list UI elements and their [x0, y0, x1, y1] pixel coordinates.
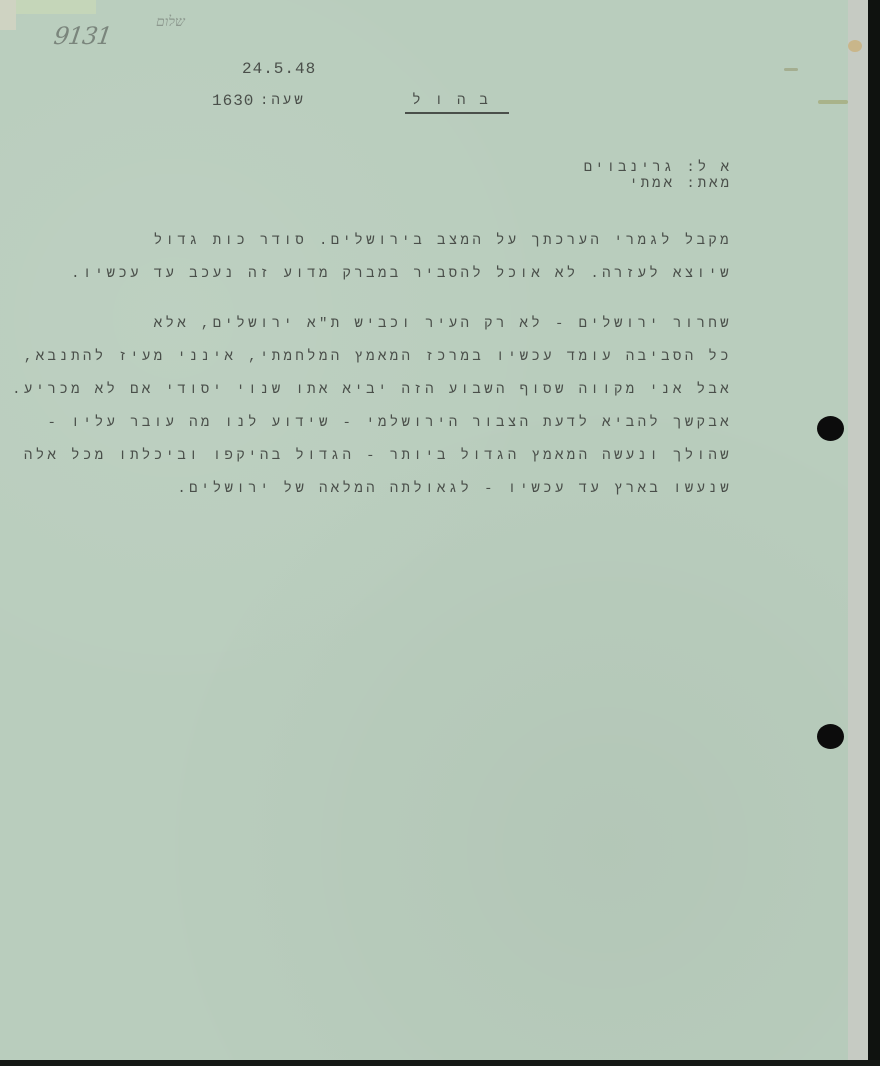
document-date: 24.5.48: [242, 60, 316, 78]
time-label: שעה:: [260, 93, 306, 109]
document-page: 9131 שלום 24.5.48 1630 שעה: בהול א ל: גר…: [0, 0, 868, 1060]
corner-fold: [0, 0, 16, 30]
scan-border-right: [868, 0, 880, 1066]
punch-hole: [817, 416, 844, 441]
scan-artifact: [16, 0, 96, 14]
body-line: אבקשך להביא לדעת הצבור הירושלמי - שידוע …: [48, 415, 732, 431]
stain-mark: [784, 68, 798, 71]
sender-line: מאת: אמתי: [629, 176, 732, 192]
recipient-line: א ל: גרינבוים: [584, 160, 732, 176]
body-line: שנעשו בארץ עד עכשיו - לגאולתה המלאה של י…: [177, 481, 732, 497]
body-line: מקבל לגמרי הערכתך על המצב בירושלים. סודר…: [154, 233, 732, 249]
body-line: אבל אני מקווה שסוף השבוע הזה יביא אתו שנ…: [12, 382, 732, 398]
time-value: 1630: [212, 92, 254, 110]
punch-hole: [817, 724, 844, 749]
body-line: שחרור ירושלים - לא רק העיר וכביש ת"א ירו…: [154, 316, 732, 332]
urgency-heading: בהול: [405, 93, 509, 114]
handwritten-note: שלום: [156, 14, 185, 31]
page-edge-strip: [848, 0, 868, 1060]
body-line: כל הסביבה עומד עכשיו במרכז המאמץ המלחמתי…: [24, 349, 732, 365]
stain-mark: [848, 40, 862, 52]
body-line: שהולך ונעשה המאמץ הגדול ביותר - הגדול בה…: [24, 448, 732, 464]
stain-mark: [818, 100, 848, 104]
body-line: שיוצא לעזרה. לא אוכל להסביר במברק מדוע ז…: [71, 266, 732, 282]
scan-border-bottom: [0, 1060, 880, 1066]
archive-number: 9131: [52, 22, 113, 50]
